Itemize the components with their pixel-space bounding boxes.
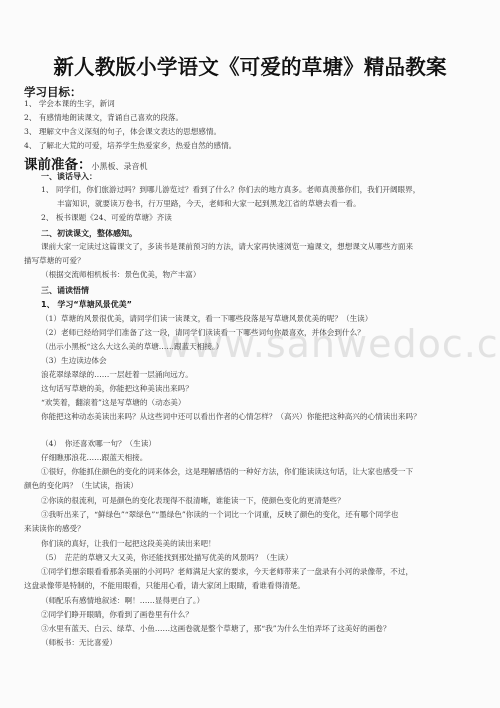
paragraph-line: 你们读的真好，让我们一起把这段美美的读出来吧！ (41, 539, 216, 549)
paragraph-line: 颜色的变化吗？（生试读，指读） (24, 481, 138, 491)
paragraph-line: ③水里有蓝天、白云、绿草、小鱼……这画卷就是整个草塘了，那“我”为什么生怕弄坏了… (41, 624, 390, 634)
paragraph-line: 你能把这种动态美读出来吗？从这些词中还可以看出作者的心情怎样？（高兴）你能把这种… (41, 412, 421, 422)
section-heading: 一、谈话导入： (41, 171, 97, 182)
paragraph-line: ②你读的很流利，可是颜色的变化表现得不很清晰，谁能读一下，使颜色变化的更清楚些？ (41, 496, 345, 506)
paragraph-line: （5） 茫茫的草塘又大又美，你还能找到那处描写优美的风景吗？（生读） (41, 553, 293, 563)
paragraph-line: 这句话写草塘的美，你能把这种美读出来吗？ (41, 384, 193, 394)
paragraph-line: （师配乐有感情地叙述：啊！……显得更白了。） (41, 596, 204, 606)
objective-item: 3、 理解文中含义深刻的句子，体会课文表达的思想感情。 (24, 127, 221, 137)
objectives-heading: 学习目标： (24, 84, 82, 100)
paragraph-line: （3）生边读边体会 (41, 356, 107, 366)
paragraph-line: 丰富知识，就要读万卷书，行万里路，今天，老师和大家一起到黑龙江省的草塘去看一看。 (57, 199, 361, 209)
paragraph-line: ①很好，你能抓住颜色的变化的词来体会，这是理解感悟的一种好方法，你们能读读这句话… (41, 467, 413, 477)
document-title: 新人教版小学语文《可爱的草塘》精品教案 (0, 50, 500, 80)
paragraph-line: ②同学们睁开眼睛，你看到了画卷里有什么？ (41, 610, 193, 620)
paragraph-line: 课前大家一定读过这篇课文了，多读书是课前预习的方法，请大家再快速浏览一遍课文，想… (41, 242, 413, 252)
objective-item: 4、 了解北大荒的可爱，培养学生热爱家乡，热爱自然的感情。 (24, 141, 236, 151)
paragraph-line: （出示小黑板“这么大这么美的草塘……跟蓝天相接。） (41, 342, 223, 352)
paragraph-line: 来读读你的感受？ (24, 524, 85, 534)
paragraph-line: ①同学们想亲眼看看那条美丽的小河吗？老师满足大家的要求，今天老师带来了一盘录有小… (41, 567, 413, 577)
document-page: www.sanwedoc.com 新人教版小学语文《可爱的草塘》精品教案 学习目… (0, 0, 500, 708)
preparation-row: 课前准备：小黑板、录音机 (24, 153, 148, 173)
paragraph-line: 这盘录像带是特制的，不能用眼看，只能用心看，请大家闭上眼睛，看谁看得清楚。 (24, 581, 305, 591)
paragraph-line: （1）草塘的风景很优美，请同学们读一读课文，看一下哪些段落是写草塘风景优美的呢？… (41, 314, 372, 324)
subsection-heading: 1、 学习“草塘风景优美” (41, 299, 132, 310)
paragraph-line: （2）老师已经给同学们准备了这一段，请同学们读读看一下哪些词句你最喜欢，并体会到… (41, 328, 365, 338)
paragraph-line: （根据交流师相机板书：景色优美，物产丰富） (41, 270, 200, 280)
paragraph-line: 描写草塘的可爱？ (24, 256, 85, 266)
paragraph-line: （4） 你还喜欢哪一句？（生读） (41, 439, 156, 449)
section-heading: 三、诵读悟情 (41, 285, 89, 296)
paragraph-line: 1、 同学们，你们旅游过吗？到哪儿游览过？看到了什么？你们去的地方真多。老师真羡… (41, 185, 420, 195)
paragraph-line: （师板书：无比喜爱） (41, 638, 117, 648)
section-heading: 二、初读课文，整体感知。 (41, 228, 137, 239)
paragraph-line: ③我听出来了，“鲜绿色”“翠绿色”“墨绿色”你读的一个词比一个词重，反映了颜色的… (41, 510, 398, 520)
paragraph-line: 2、 板书课题《24、可爱的草塘》齐读 (41, 213, 172, 223)
preparation-value: 小黑板、录音机 (92, 162, 148, 171)
paragraph-line: 浪花翠绿翠绿的……一层赶着一层涌向远方。 (41, 370, 193, 380)
objective-item: 2、 有感情地朗读课文，背诵自己喜欢的段落。 (24, 113, 183, 123)
objective-item: 1、 学会本课的生字，新词 (24, 99, 115, 109)
paragraph-line: 仔细瞧那浪花……跟蓝天相接。 (41, 453, 147, 463)
paragraph-line: “欢笑着，翻滚着”这是写草塘的（动态美） (41, 398, 185, 408)
